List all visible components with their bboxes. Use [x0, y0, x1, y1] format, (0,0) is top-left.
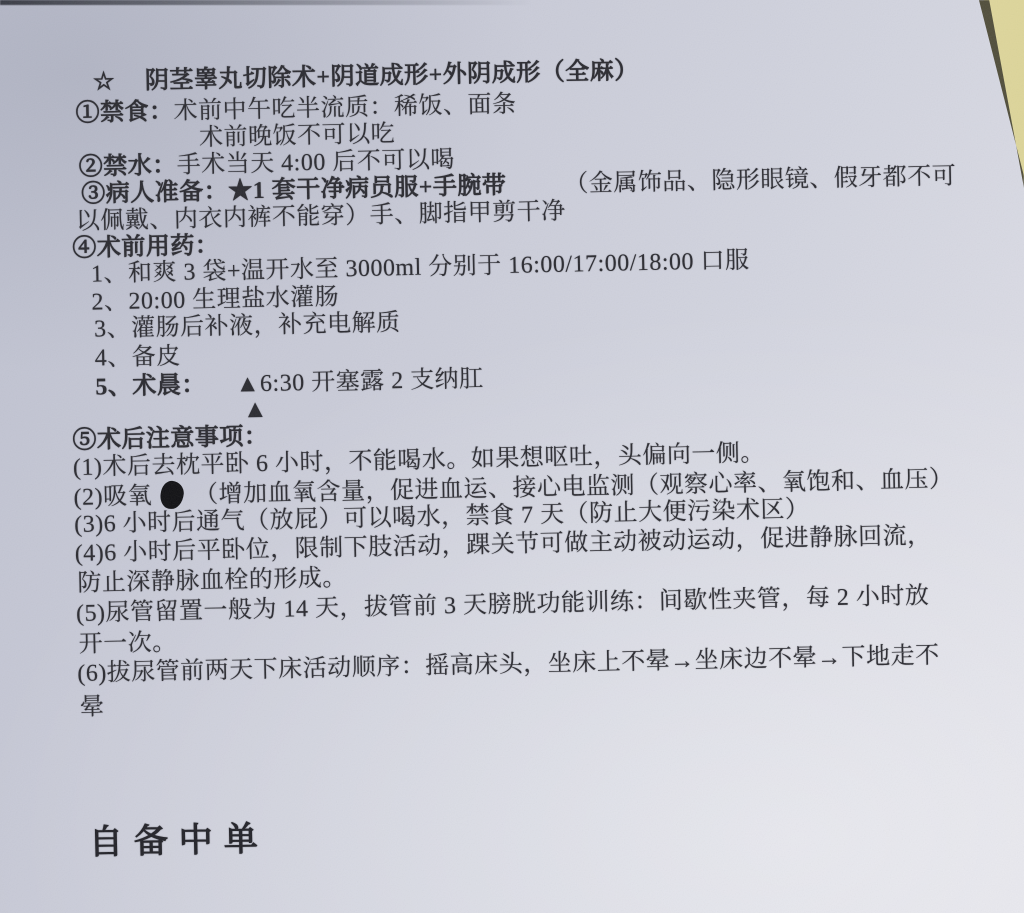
- fasting-text: 术前中午吃半流质：稀饭、面条: [173, 92, 516, 125]
- fasting-line2: 术前晚饭不可以吃: [199, 122, 395, 150]
- premed-heading: ④术前用药：: [72, 234, 219, 261]
- postop-note-6-line1: (6)拔尿管前两天下床活动顺序：摇高床头，坐床上不晕→坐床边不晕→下地走不: [77, 644, 940, 686]
- premed-item-3: 3、灌肠后补液，补充电解质: [94, 311, 401, 341]
- premed-item-5-gap: [206, 392, 236, 393]
- premed-item-5: 5、术晨：▲6:30 开塞露 2 支纳肛: [95, 367, 484, 399]
- preparation-text: （金属饰品、隐形眼镜、假牙都不可: [564, 163, 956, 197]
- premed-label: ④术前用药：: [72, 233, 220, 262]
- page-title: 阴茎睾丸切除术+阴道成形+外阴成形（全麻）: [145, 58, 639, 94]
- postop-note-2-pre: (2)吸氧: [73, 483, 152, 511]
- ink-blob-icon: [160, 480, 186, 510]
- star-icon: ☆: [93, 69, 116, 95]
- postop-note-4-line2: 防止深静脉血栓的形成。: [77, 566, 347, 596]
- premed-item-2: 2、20:00 生理盐水灌肠: [91, 285, 339, 314]
- premed-item-4: 4、备皮: [94, 345, 180, 371]
- postop-note-5-text2: 开一次。: [78, 630, 177, 658]
- premed-item-3-text: 3、灌肠后补液，补充电解质: [94, 310, 401, 342]
- postop-note-6-text1: (6)拔尿管前两天下床活动顺序：摇高床头，坐床上不晕→坐床边不晕→下地走不: [77, 643, 940, 687]
- postop-heading: ⑤术后注意事项：: [72, 425, 268, 453]
- paper-sheet: ☆阴茎睾丸切除术+阴道成形+外阴成形（全麻） ①禁食：术前中午吃半流质：稀饭、面…: [0, 0, 1024, 913]
- postop-label: ⑤术后注意事项：: [72, 424, 269, 454]
- postop-note-6-text2: 晕: [80, 694, 105, 721]
- triangle-icon: ▲: [243, 396, 269, 424]
- premed-item-4-text: 4、备皮: [94, 344, 181, 372]
- footer-note: 自备中单: [88, 811, 269, 864]
- postop-note-6-line2: 晕: [80, 695, 105, 720]
- postop-note-5-line2: 开一次。: [78, 631, 176, 657]
- title-gap: [115, 88, 145, 89]
- title-line: ☆阴茎睾丸切除术+阴道成形+外阴成形（全麻）: [93, 59, 639, 94]
- footer-note-text: 自备中单: [88, 821, 269, 862]
- premed-item-5-label: 5、术晨：: [95, 372, 206, 400]
- postop-note-4-text2: 防止深静脉血栓的形成。: [77, 565, 347, 597]
- preparation-gap: [507, 192, 565, 193]
- premed-item-5-text: ▲6:30 开塞露 2 支纳肛: [236, 366, 484, 397]
- fasting-label: ①禁食：: [75, 99, 174, 127]
- premed-item-2-text: 2、20:00 生理盐水灌肠: [91, 284, 339, 315]
- fasting-text2: 术前晚饭不可以吃: [199, 121, 396, 151]
- no-water-label: ②禁水：: [78, 153, 177, 181]
- triangle-mark-line: ▲: [243, 397, 269, 423]
- document-photo: ☆阴茎睾丸切除术+阴道成形+外阴成形（全麻） ①禁食：术前中午吃半流质：稀饭、面…: [0, 0, 1024, 913]
- fasting-line: ①禁食：术前中午吃半流质：稀饭、面条: [75, 93, 516, 126]
